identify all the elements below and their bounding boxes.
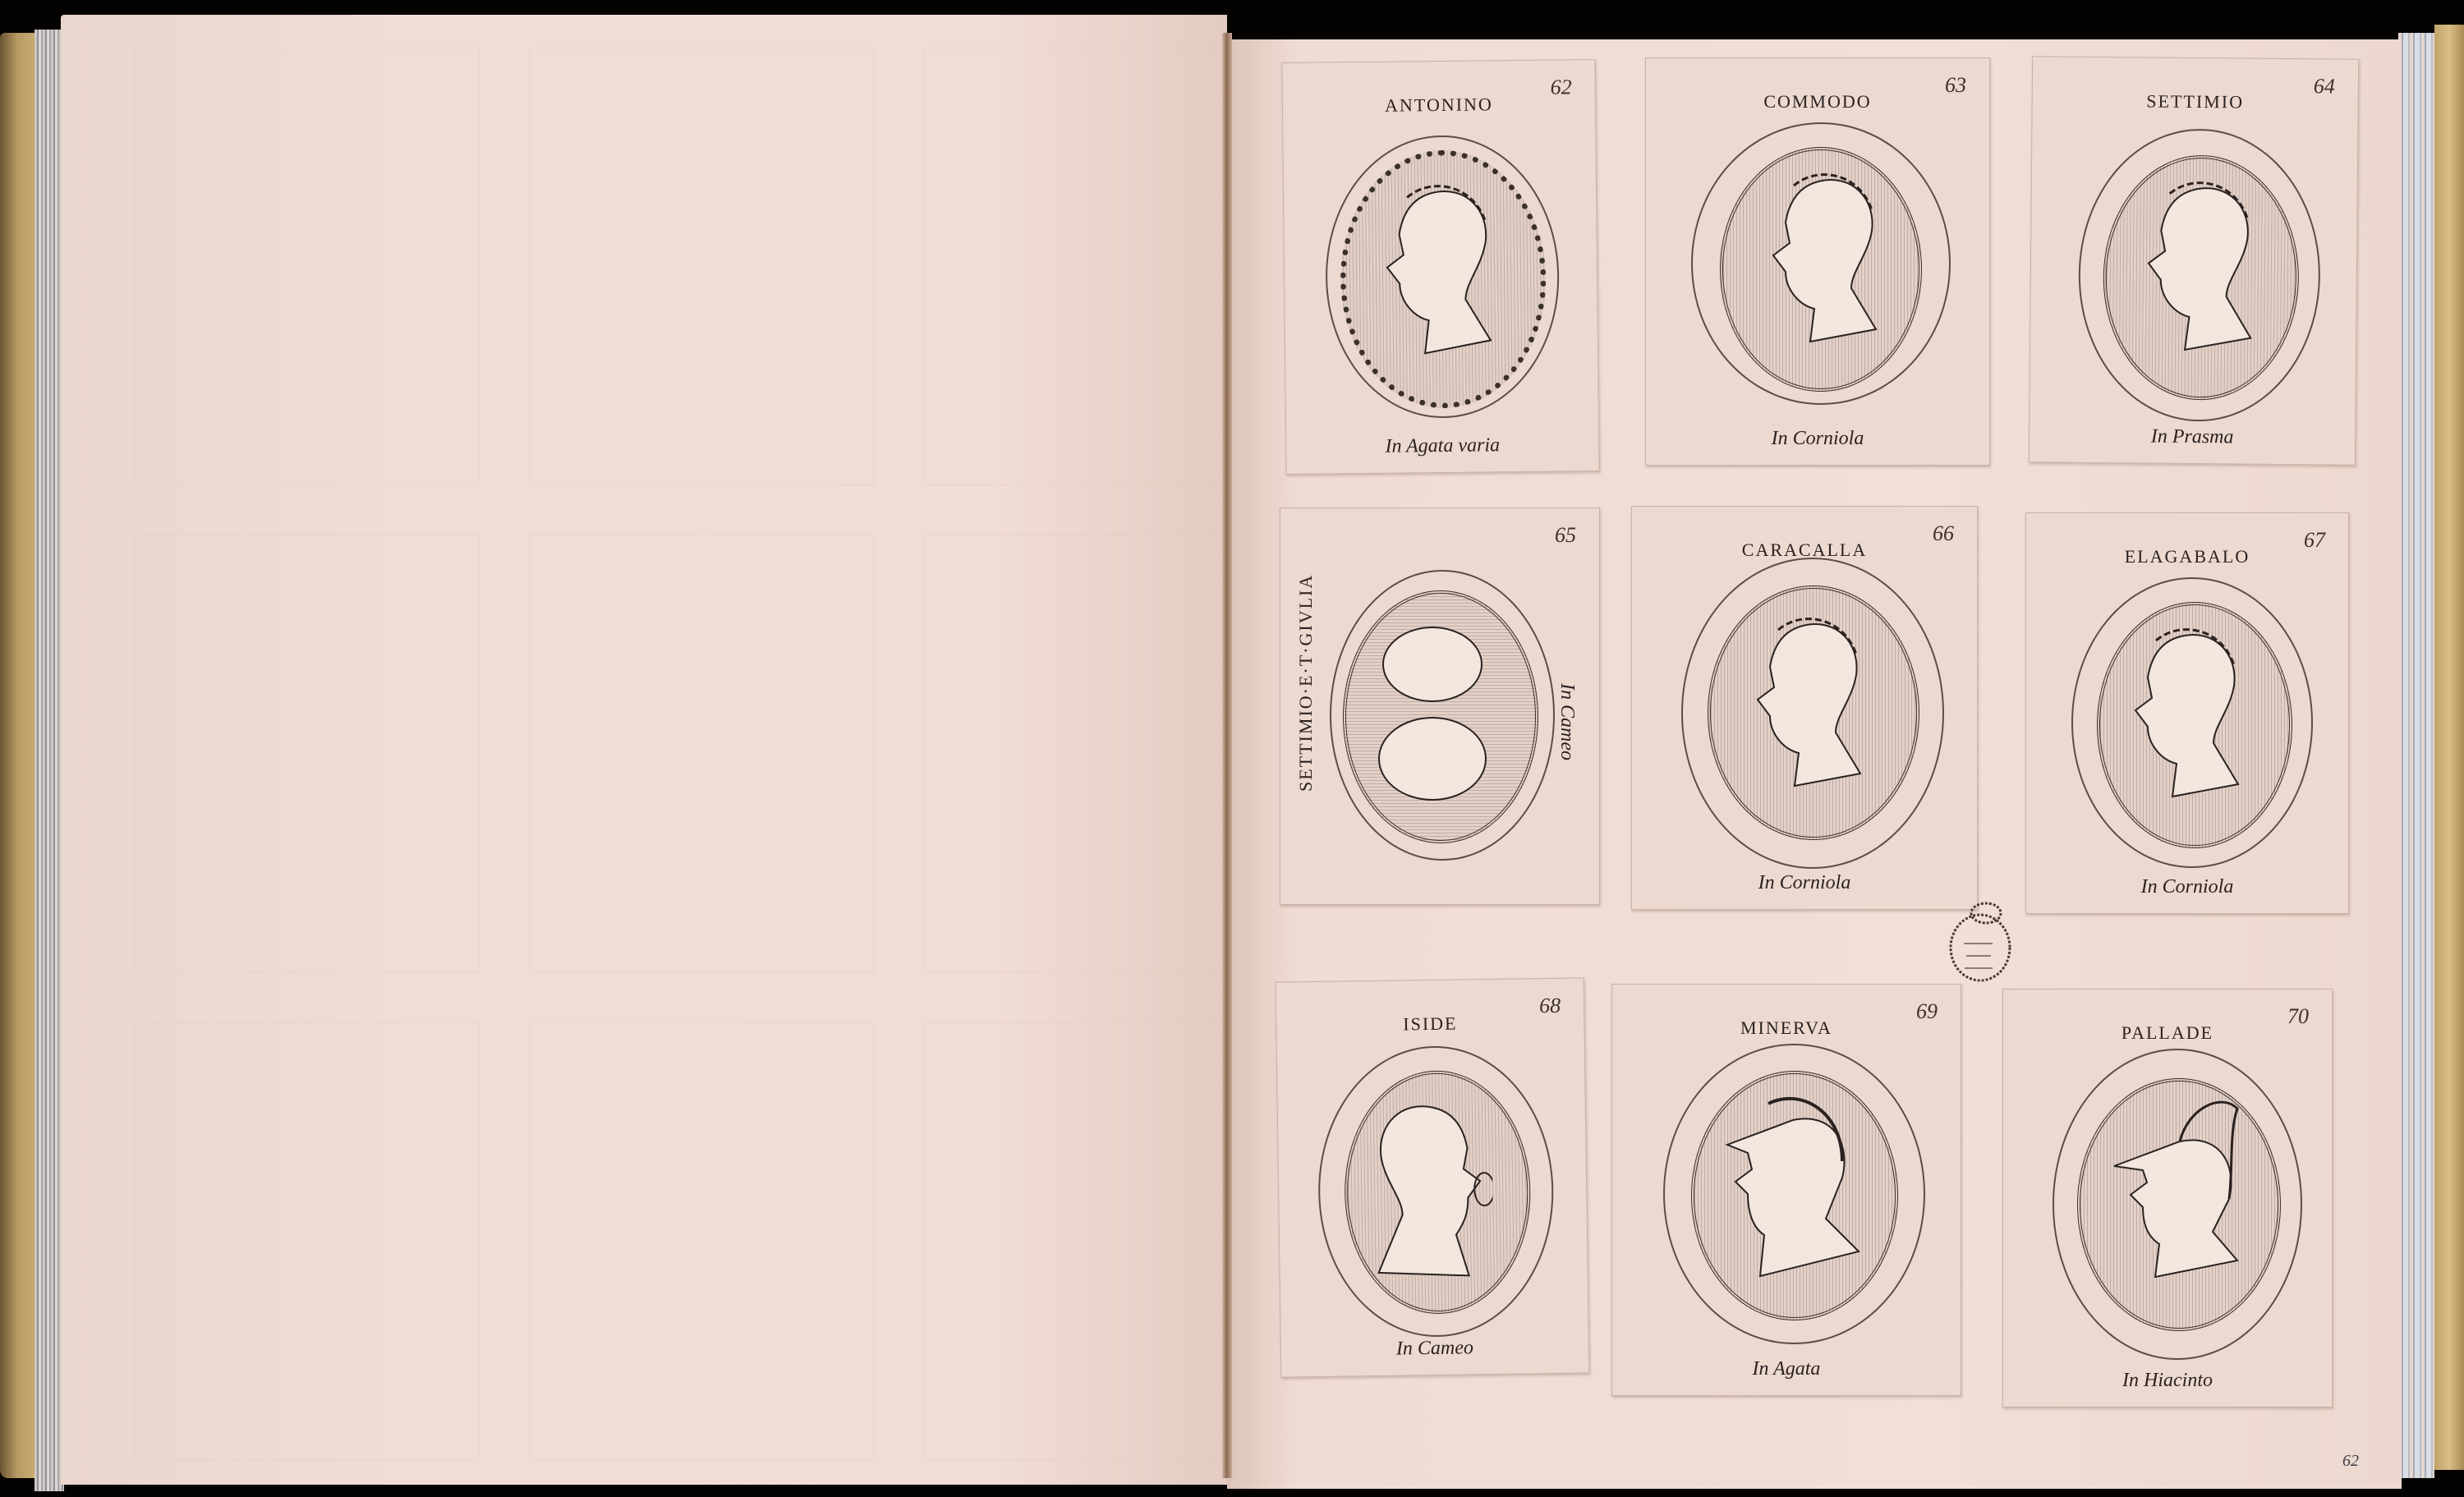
plate-pallade: 70 PALLADE In Hiacinto xyxy=(2002,989,2333,1407)
plate-title: SETTIMIO·E·T·GIVLIA xyxy=(1295,559,1317,806)
book-cover-right xyxy=(2434,25,2464,1470)
plate-settimio-giulia: 65 SETTIMIO·E·T·GIVLIA In Cameo xyxy=(1280,507,1600,905)
page-edges-left xyxy=(34,30,64,1491)
plate-title: PALLADE xyxy=(2003,1022,2332,1044)
gem-material-caption: In Corniola xyxy=(1646,428,1989,450)
plate-title: SETTIMIO xyxy=(2033,90,2358,113)
double-portrait-icon xyxy=(1367,615,1515,812)
portrait-bust-icon xyxy=(2123,620,2255,809)
gem-material-caption: In Prasma xyxy=(2030,425,2355,449)
book-gutter xyxy=(1222,33,1232,1478)
gem-material-caption: In Corniola xyxy=(1632,872,1977,894)
portrait-bust-icon xyxy=(2135,172,2269,362)
plate-title: ANTONINO xyxy=(1283,93,1595,117)
plate-elagabalo: 67 ELAGABALO In Corniola xyxy=(2025,512,2349,914)
gem-material-caption: In Hiacinto xyxy=(2003,1370,2332,1392)
portrait-bust-icon xyxy=(1745,609,1877,798)
gem-material-caption: In Agata xyxy=(1612,1358,1961,1380)
plate-iside: 68 ISIDE In Cameo xyxy=(1276,977,1590,1377)
show-through-grid xyxy=(135,48,1268,1460)
gem-material-caption: In Cameo xyxy=(1281,1335,1588,1362)
helmeted-bust-icon xyxy=(1719,1087,1867,1293)
plate-minerva: 69 MINERVA In Agata xyxy=(1611,984,1961,1396)
plate-commodo: 63 COMMODO In Corniola xyxy=(1645,57,1990,466)
gem-material-caption: In Agata varia xyxy=(1286,434,1598,459)
portrait-bust-icon xyxy=(1761,165,1892,354)
isis-with-sistrum-icon xyxy=(1360,1091,1494,1289)
folio-number: 62 xyxy=(2342,1452,2359,1471)
plate-title: ELAGABALO xyxy=(2026,546,2348,567)
plate-title: COMMODO xyxy=(1646,91,1989,113)
plate-number: 65 xyxy=(1555,523,1576,548)
gem-material-caption: In Corniola xyxy=(2026,876,2348,898)
library-stamp-icon xyxy=(1943,898,2017,989)
plate-title: MINERVA xyxy=(1612,1017,1961,1039)
gem-material-caption: In Cameo xyxy=(1556,640,1578,804)
left-page-blank xyxy=(61,15,1227,1485)
plate-antonino: 62 ANTONINO In Agata varia xyxy=(1281,59,1599,475)
plate-caracalla: 66 CARACALLA In Corniola xyxy=(1631,506,1978,910)
plate-settimio: 64 SETTIMIO In Prasma xyxy=(2029,56,2359,465)
portrait-bust-icon xyxy=(1374,176,1507,366)
page-edges-right xyxy=(2398,33,2434,1478)
plate-title: ISIDE xyxy=(1276,1011,1584,1036)
helmeted-bust-icon xyxy=(2106,1092,2254,1297)
